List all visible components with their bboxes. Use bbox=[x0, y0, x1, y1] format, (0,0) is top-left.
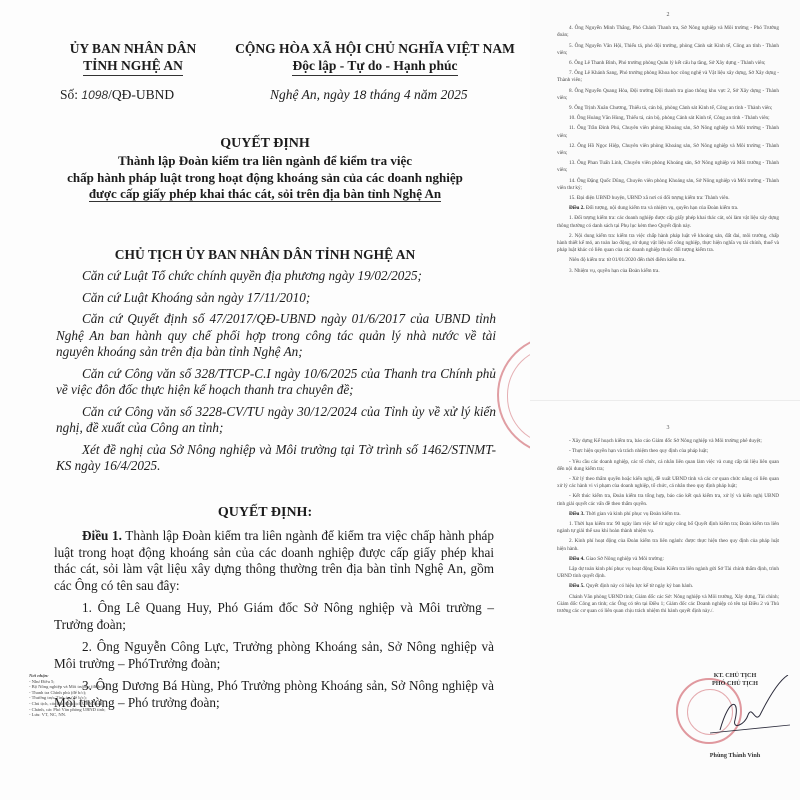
article-2-item: 3. Nhiệm vụ, quyền hạn của Đoàn kiểm tra… bbox=[557, 268, 779, 275]
member-item: 6. Ông Lê Thanh Bình, Phó trưởng phòng Q… bbox=[557, 60, 779, 67]
issue-date: Nghệ An, ngày 18 tháng 4 năm 2025 bbox=[270, 87, 468, 103]
page-2-body: 2 4. Ông Nguyễn Minh Thắng, Phó Chánh Th… bbox=[557, 12, 779, 278]
member-item: 14. Ông Đặng Quốc Dũng, Chuyên viên phòn… bbox=[557, 178, 779, 192]
member-item: 1. Ông Lê Quang Huy, Phó Giám đốc Sở Nôn… bbox=[54, 600, 494, 633]
member-item: 7. Ông Lê Khánh Sang, Phó trưởng phòng K… bbox=[557, 70, 779, 84]
article-3-item: 1. Thời hạn kiểm tra: 90 ngày làm việc k… bbox=[557, 521, 779, 535]
signer-name: Phùng Thành Vinh bbox=[690, 752, 780, 759]
member-item: 11. Ông Trần Đình Phú, Chuyên viên phòng… bbox=[557, 125, 779, 139]
article-5-text: Quyết định này có hiệu lực kể từ ngày ký… bbox=[585, 583, 694, 589]
national-motto: Độc lập - Tự do - Hạnh phúc bbox=[292, 57, 457, 76]
article-2-item: 2. Nội dung kiểm tra: kiểm tra việc chấp… bbox=[557, 233, 779, 255]
basis-item: Căn cứ Luật Khoáng sản ngày 17/11/2010; bbox=[56, 290, 496, 307]
member-item: 12. Ông Hồ Ngọc Hiệp, Chuyên viên phòng … bbox=[557, 143, 779, 157]
authority-heading: CHỦ TỊCH ỦY BAN NHÂN DÂN TỈNH NGHỆ AN bbox=[40, 247, 490, 263]
article-3-label: Điều 3. bbox=[569, 511, 585, 517]
article-4-text: Giao Sở Nông nghiệp và Môi trường: bbox=[585, 556, 664, 562]
signature-line-2: PHÓ CHỦ TỊCH bbox=[690, 680, 780, 688]
national-header: CỘNG HÒA XÃ HỘI CHỦ NGHĨA VIỆT NAM Độc l… bbox=[230, 40, 520, 76]
authority-line-1: ỦY BAN NHÂN DÂN bbox=[58, 40, 208, 57]
member-item: 5. Ông Nguyễn Văn Hội, Thiếu tá, phó đội… bbox=[557, 43, 779, 57]
document-number: Số: 1098/QĐ-UBND bbox=[60, 87, 174, 103]
member-item: 15. Đại diện UBND huyện, UBND xã nơi có … bbox=[557, 195, 779, 202]
member-item: 2. Ông Nguyễn Công Lực, Trưởng phòng Kho… bbox=[54, 639, 494, 672]
article-2-label: Điều 2. bbox=[569, 205, 585, 211]
basis-item: Căn cứ Quyết định số 47/2017/QĐ-UBND ngà… bbox=[56, 311, 496, 361]
article-5-label: Điều 5. bbox=[569, 583, 585, 589]
doc-number-suffix: /QĐ-UBND bbox=[108, 87, 174, 102]
decision-title: QUYẾT ĐỊNH bbox=[40, 135, 490, 153]
issuing-authority: ỦY BAN NHÂN DÂN TỈNH NGHỆ AN bbox=[58, 40, 208, 76]
subtitle-line-2: chấp hành pháp luật trong hoạt động khoá… bbox=[40, 170, 490, 187]
duty-item: - Xây dựng Kế hoạch kiểm tra, báo cáo Gi… bbox=[557, 438, 779, 445]
member-item: 10. Ông Hoàng Văn Hùng, Thiếu tá, cán bộ… bbox=[557, 115, 779, 122]
article-5-item: Chánh Văn phòng UBND tỉnh; Giám đốc các … bbox=[557, 594, 779, 616]
article-3-item: 2. Kinh phí hoạt động của Đoàn kiểm tra … bbox=[557, 538, 779, 552]
basis-item: Căn cứ Luật Tổ chức chính quyền địa phươ… bbox=[56, 268, 496, 285]
member-item: 13. Ông Phan Tuấn Linh, Chuyên viên phòn… bbox=[557, 160, 779, 174]
page-number: 3 bbox=[557, 425, 779, 432]
country-name: CỘNG HÒA XÃ HỘI CHỦ NGHĨA VIỆT NAM bbox=[230, 40, 520, 57]
article-4-label: Điều 4. bbox=[569, 556, 585, 562]
article-1-label: Điều 1. bbox=[82, 528, 122, 543]
article-2-text: Đối tượng, nội dung kiểm tra và nhiệm vụ… bbox=[585, 205, 739, 211]
date-prefix: Nghệ An, ngày bbox=[270, 87, 353, 102]
member-item: 8. Ông Nguyễn Quang Hòa, Đội trưởng Đội … bbox=[557, 88, 779, 102]
decides-heading: QUYẾT ĐỊNH: bbox=[40, 505, 490, 521]
doc-number-handwritten: 1098 bbox=[81, 88, 108, 102]
authority-line-2: TỈNH NGHỆ AN bbox=[83, 57, 183, 76]
page-2: 2 4. Ông Nguyễn Minh Thắng, Phó Chánh Th… bbox=[530, 0, 800, 400]
decision-title-block: QUYẾT ĐỊNH Thành lập Đoàn kiểm tra liên … bbox=[40, 135, 490, 203]
recipient-item: - Lưu: VT, NC, NN. bbox=[29, 712, 139, 718]
article-4-item: Lập dự toán kinh phí phục vụ hoạt động Đ… bbox=[557, 566, 779, 580]
legal-basis: Căn cứ Luật Tổ chức chính quyền địa phươ… bbox=[56, 268, 496, 480]
article-2-item: 1. Đối tượng kiểm tra: các doanh nghiệp … bbox=[557, 215, 779, 229]
duty-item: - Xử lý theo thẩm quyền hoặc kiến nghị, … bbox=[557, 476, 779, 490]
subtitle-line-1: Thành lập Đoàn kiểm tra liên ngành để ki… bbox=[40, 153, 490, 170]
basis-item: Căn cứ Công văn số 3228-CV/TU ngày 30/12… bbox=[56, 404, 496, 437]
basis-item: Xét đề nghị của Sở Nông nghiệp và Môi tr… bbox=[56, 442, 496, 475]
date-suffix: tháng 4 năm 2025 bbox=[366, 87, 467, 102]
article-3-text: Thời gian và kinh phí phục vụ Đoàn kiểm … bbox=[585, 511, 681, 517]
article-2-item: Niên độ kiểm tra: từ 01/01/2020 đến thời… bbox=[557, 257, 779, 264]
member-item: 9. Ông Trịnh Xuân Chương, Thiếu tá, cán … bbox=[557, 105, 779, 112]
member-item: 4. Ông Nguyễn Minh Thắng, Phó Chánh Than… bbox=[557, 25, 779, 39]
duty-item: - Kết thúc kiểm tra, Đoàn kiểm tra tổng … bbox=[557, 493, 779, 507]
subtitle-line-3: được cấp giấy phép khai thác cát, sỏi tr… bbox=[89, 186, 441, 202]
basis-item: Căn cứ Công văn số 328/TTCP-C.I ngày 10/… bbox=[56, 366, 496, 399]
duty-item: - Yêu cầu các doanh nghiệp, các tổ chức,… bbox=[557, 459, 779, 473]
doc-number-prefix: Số: bbox=[60, 87, 81, 102]
page-number: 2 bbox=[557, 12, 779, 19]
page-3-body: 3 - Xây dựng Kế hoạch kiểm tra, báo cáo … bbox=[557, 425, 779, 618]
signature-line-1: KT. CHỦ TỊCH bbox=[690, 672, 780, 680]
recipients-list: Nơi nhận: - Như Điều 5; - Bộ Nông nghiệp… bbox=[29, 673, 139, 718]
duty-item: - Thực hiện quyền hạn và trách nhiệm the… bbox=[557, 448, 779, 455]
date-day-handwritten: 18 bbox=[353, 88, 366, 102]
signature-title: KT. CHỦ TỊCH PHÓ CHỦ TỊCH bbox=[690, 672, 780, 688]
